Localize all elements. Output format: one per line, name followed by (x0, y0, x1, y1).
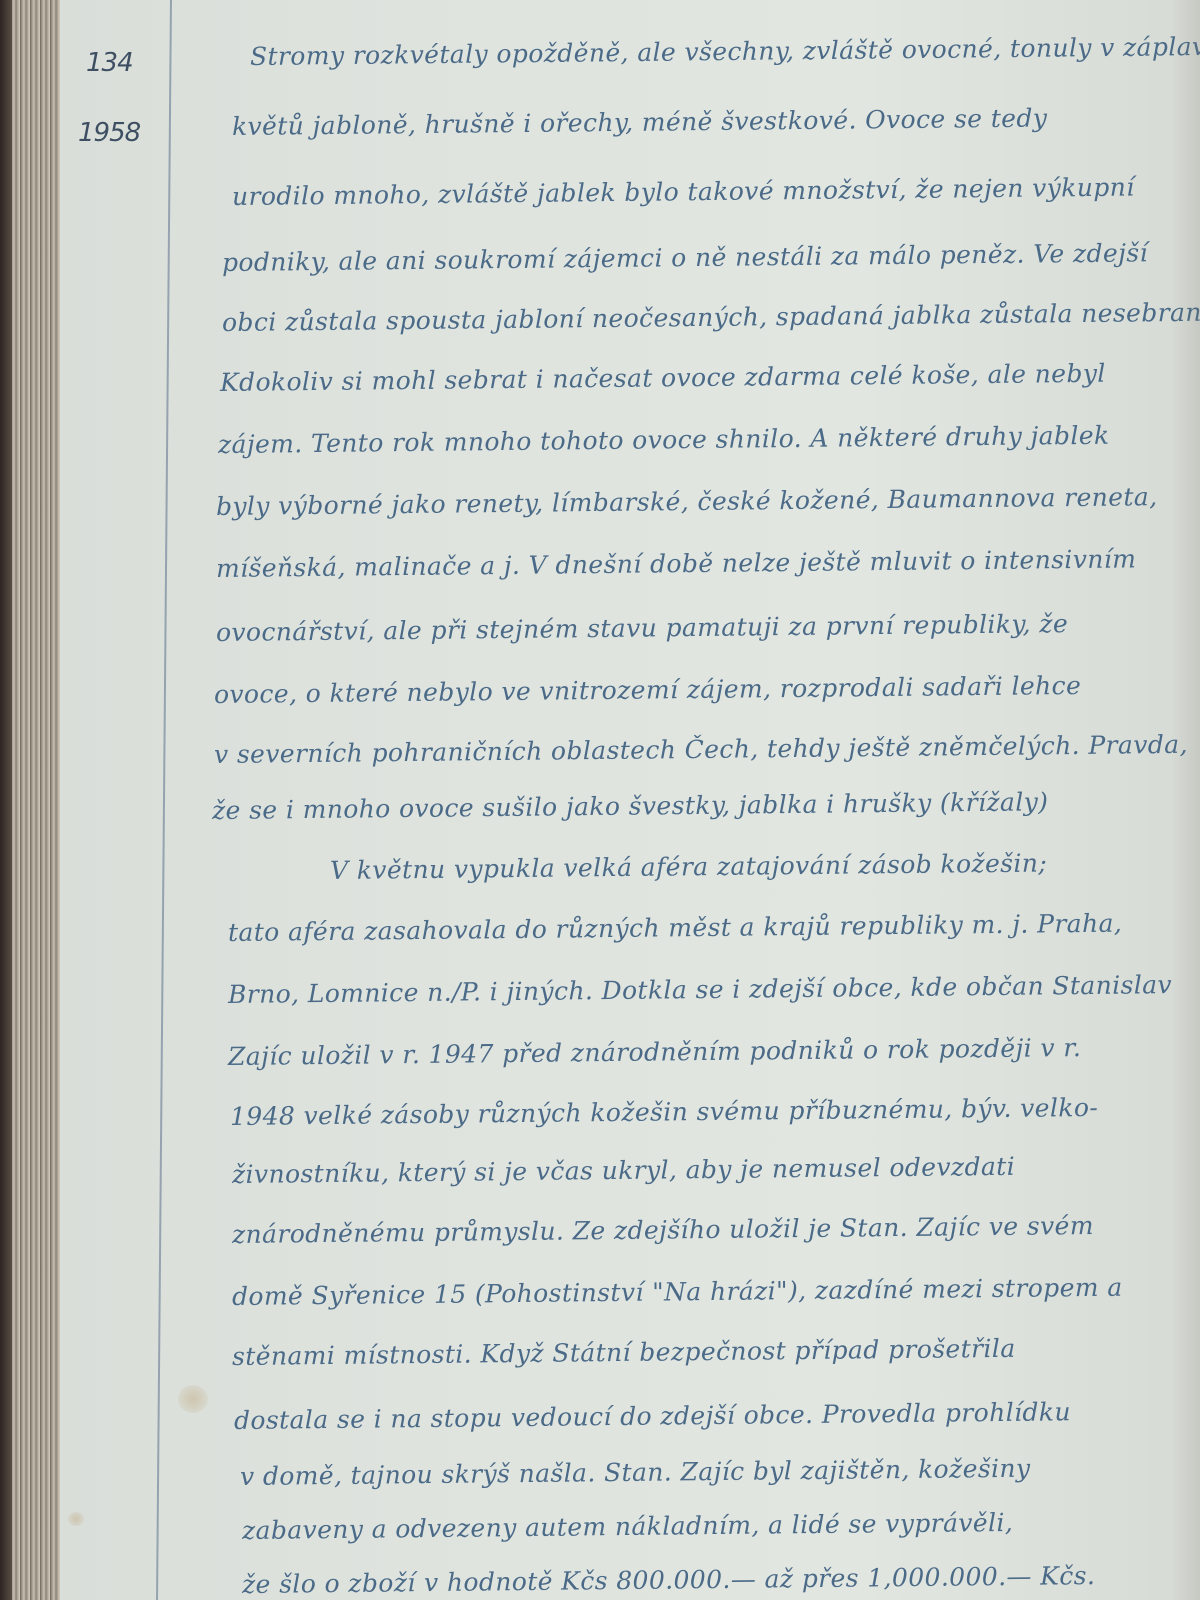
chronicle-page: 134 1958 Stromy rozkvétaly opožděně, ale… (60, 0, 1200, 1600)
text-line: zájem. Tento rok mnoho tohoto ovoce shni… (218, 421, 1110, 459)
text-line: že se i mnoho ovoce sušilo jako švestky,… (212, 787, 1049, 825)
year-note: 1958 (78, 118, 140, 148)
text-line: obci zůstala spousta jabloní neočesaných… (222, 297, 1200, 337)
text-line: domě Syřenice 15 (Pohostinství "Na hrázi… (232, 1273, 1123, 1311)
book-page-edges (0, 0, 64, 1600)
text-line: zabaveny a odvezeny autem nákladním, a l… (242, 1508, 1013, 1545)
text-line: květů jabloně, hrušně i ořechy, méně šve… (232, 103, 1048, 141)
text-line: V květnu vypukla velká aféra zatajování … (330, 848, 1047, 885)
paper-stain (178, 1385, 208, 1413)
text-line: v domě, tajnou skrýš našla. Stan. Zajíc … (240, 1454, 1031, 1491)
text-line: ovoce, o které nebylo ve vnitrozemí záje… (214, 671, 1081, 709)
text-line: byly výborné jako renety, límbarské, čes… (216, 482, 1158, 521)
text-line: ovocnářství, ale při stejném stavu pamat… (216, 609, 1068, 647)
text-line: Zajíc uložil v r. 1947 před znárodněním … (228, 1033, 1082, 1071)
text-line: tato aféra zasahovala do různých měst a … (228, 909, 1122, 947)
text-line: živnostníku, který si je včas ukryl, aby… (232, 1152, 1015, 1189)
text-line: znárodněnému průmyslu. Ze zdejšího uloži… (232, 1211, 1094, 1249)
text-line: podniky, ale ani soukromí zájemci o ně n… (222, 238, 1148, 277)
margin-rule-line (156, 0, 172, 1600)
paper-stain (68, 1512, 84, 1526)
page-number: 134 (86, 48, 133, 78)
text-line: že šlo o zboží v hodnotě Kčs 800.000.— a… (242, 1561, 1096, 1599)
text-line: 1948 velké zásoby různých kožešin svému … (230, 1093, 1098, 1131)
text-line: Stromy rozkvétaly opožděně, ale všechny,… (250, 32, 1200, 71)
text-line: stěnami místnosti. Když Státní bezpečnos… (232, 1334, 1016, 1371)
text-line: v severních pohraničních oblastech Čech,… (214, 730, 1188, 769)
text-line: míšeňská, malinače a j. V dnešní době ne… (216, 544, 1137, 583)
text-line: dostala se i na stopu vedoucí do zdejší … (234, 1397, 1071, 1435)
text-line: Brno, Lomnice n./P. i jiných. Dotkla se … (228, 970, 1172, 1009)
text-line: Kdokoliv si mohl sebrat i načesat ovoce … (220, 359, 1106, 397)
text-line: urodilo mnoho, zvláště jablek bylo takov… (232, 173, 1135, 211)
